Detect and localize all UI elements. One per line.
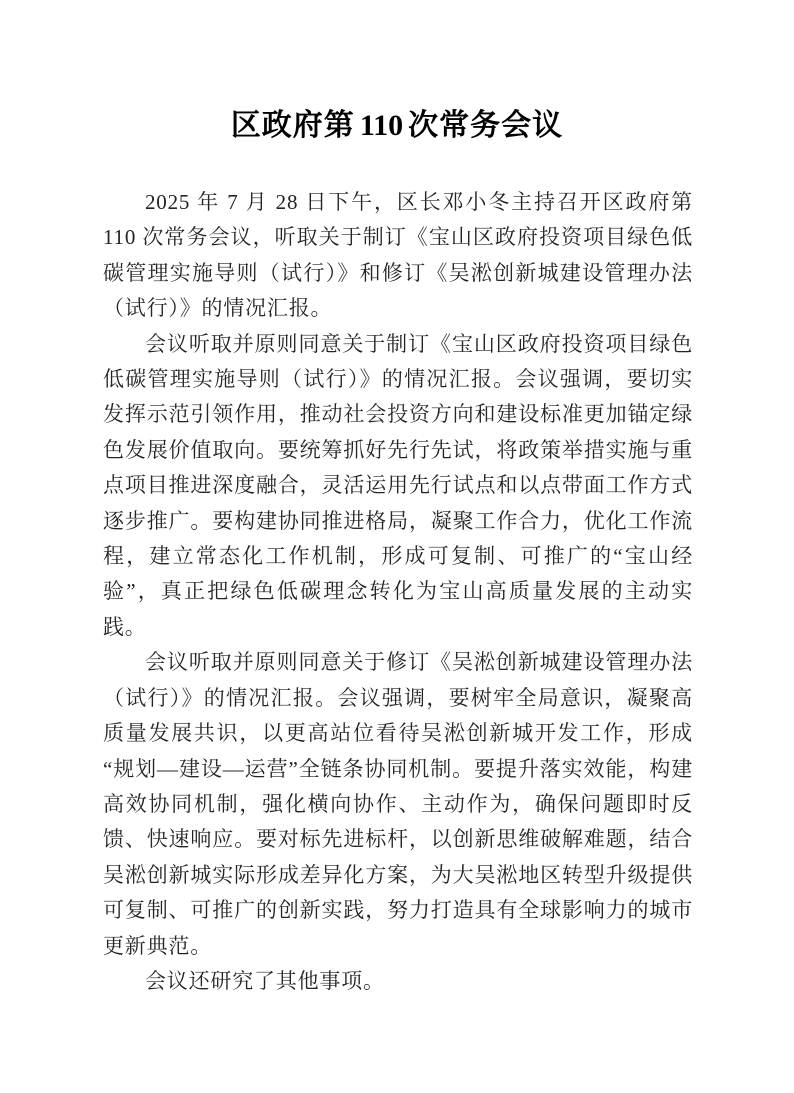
paragraph-green-lowcarbon-guideline: 会议听取并原则同意关于制订《宝山区政府投资项目绿色低碳管理实施导则（试行）》的情… [103,327,693,646]
document-body: 2025 年 7 月 28 日下午，区长邓小冬主持召开区政府第 110 次常务会… [103,185,693,999]
document-page: 区政府第110次常务会议 2025 年 7 月 28 日下午，区长邓小冬主持召开… [0,0,794,1093]
paragraph-wusong-innovation-city: 会议听取并原则同意关于修订《吴淞创新城建设管理办法（试行）》的情况汇报。会议强调… [103,645,693,964]
title-suffix: 次常务会议 [408,109,563,142]
document-title: 区政府第110次常务会议 [0,108,794,144]
paragraph-intro: 2025 年 7 月 28 日下午，区长邓小冬主持召开区政府第 110 次常务会… [103,185,693,327]
paragraph-other-matters: 会议还研究了其他事项。 [103,964,693,999]
title-number: 110 [355,109,408,142]
title-prefix: 区政府第 [231,109,355,142]
